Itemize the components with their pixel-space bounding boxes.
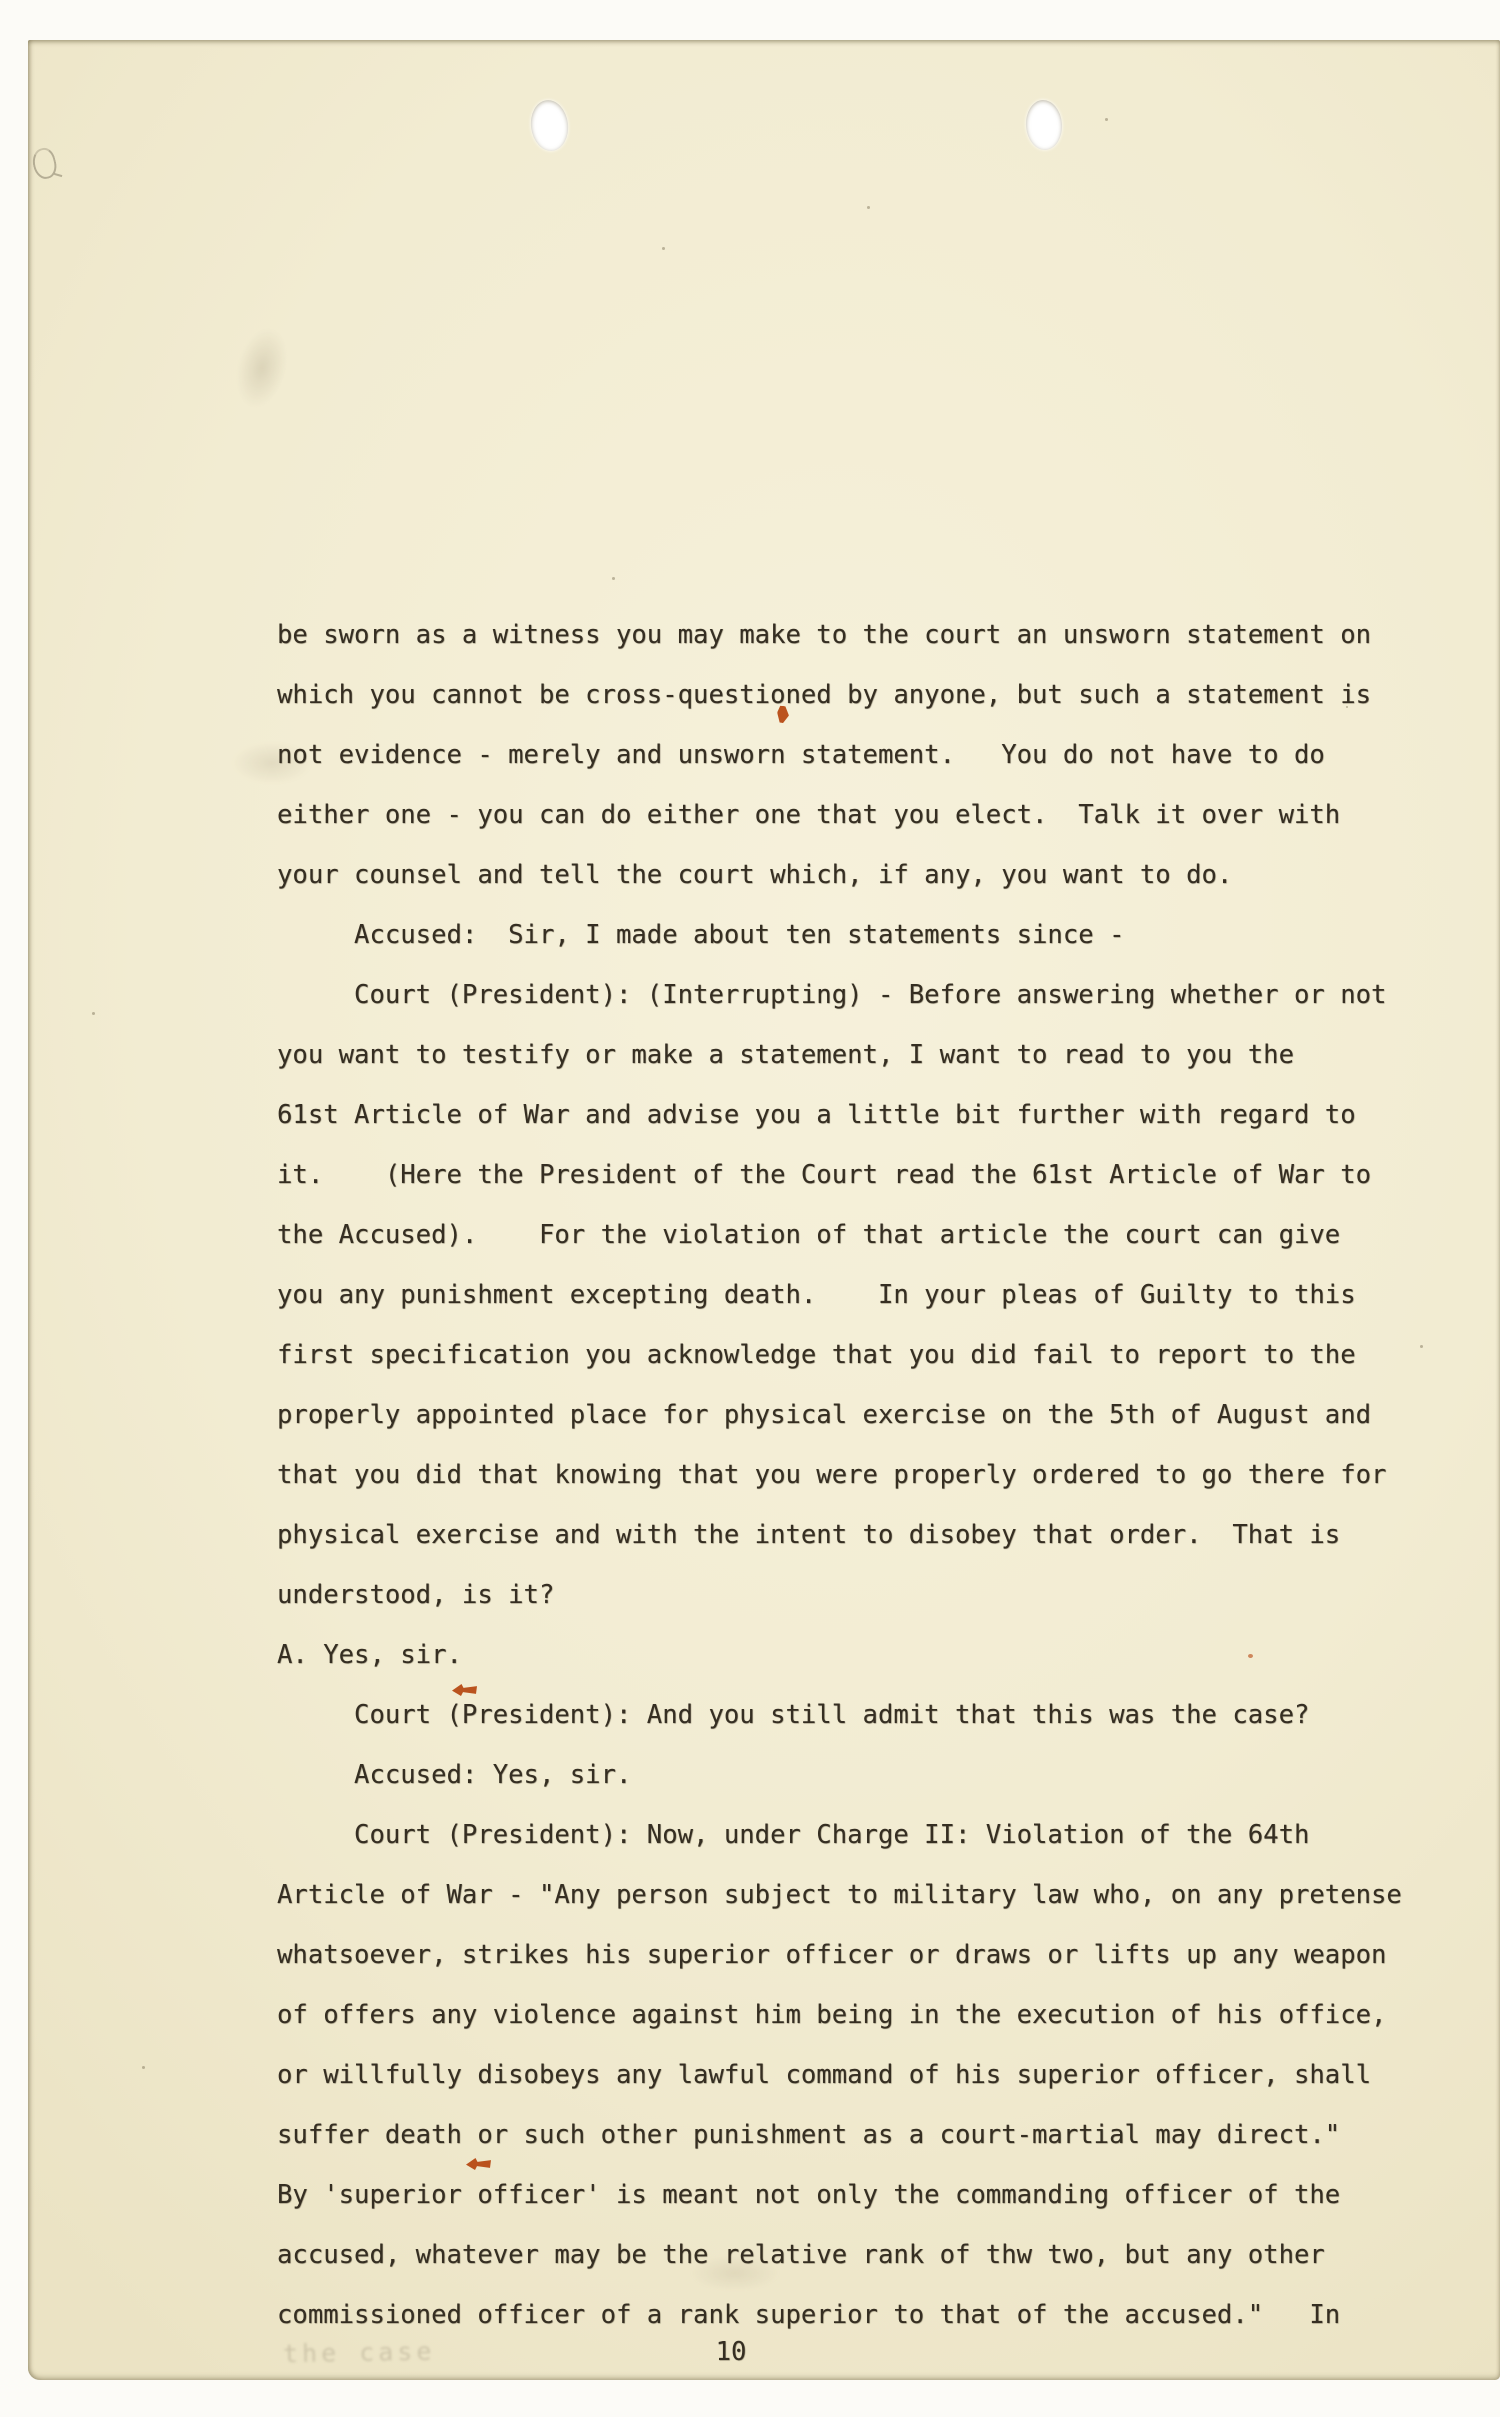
- typewritten-line: Article of War - "Any person subject to …: [277, 1865, 1402, 1925]
- page-number: 10: [695, 2322, 767, 2382]
- dust-speck: [867, 206, 870, 209]
- ghost-impression-text: the case: [283, 2337, 436, 2369]
- typewritten-line: your counsel and tell the court which, i…: [277, 845, 1402, 905]
- red-speck: [1248, 1654, 1253, 1658]
- dust-speck: [1346, 706, 1348, 708]
- dust-speck: [142, 2066, 145, 2069]
- typewritten-line: accused, whatever may be the relative ra…: [277, 2225, 1402, 2285]
- typewritten-line: whatsoever, strikes his superior officer…: [277, 1925, 1402, 1985]
- typewritten-line: which you cannot be cross-questioned by …: [277, 665, 1402, 725]
- typewritten-line: Accused: Yes, sir.: [277, 1745, 1402, 1805]
- typewritten-line: By 'superior officer' is meant not only …: [277, 2165, 1402, 2225]
- typewritten-line: you want to testify or make a statement,…: [277, 1025, 1402, 1085]
- dust-speck: [92, 1012, 95, 1015]
- typewritten-line: not evidence - merely and unsworn statem…: [277, 725, 1402, 785]
- typewritten-line: Court (President): (Interrupting) - Befo…: [277, 965, 1402, 1025]
- typewritten-line: the Accused). For the violation of that …: [277, 1205, 1402, 1265]
- typewritten-line: properly appointed place for physical ex…: [277, 1385, 1402, 1445]
- typewritten-line: 61st Article of War and advise you a lit…: [277, 1085, 1402, 1145]
- typewritten-line: or willfully disobeys any lawful command…: [277, 2045, 1402, 2105]
- typewritten-line: Accused: Sir, I made about ten statement…: [277, 905, 1402, 965]
- typewritten-line: you any punishment excepting death. In y…: [277, 1265, 1402, 1325]
- dust-speck: [662, 247, 665, 250]
- typewritten-line: suffer death or such other punishment as…: [277, 2105, 1402, 2165]
- typewritten-line: of offers any violence against him being…: [277, 1985, 1402, 2045]
- typewritten-line: first specification you acknowledge that…: [277, 1325, 1402, 1385]
- typewritten-line: physical exercise and with the intent to…: [277, 1505, 1402, 1565]
- typewritten-line: commissioned officer of a rank superior …: [277, 2285, 1402, 2345]
- dust-speck: [612, 577, 615, 580]
- typewritten-line: Court (President): And you still admit t…: [277, 1685, 1402, 1745]
- dust-speck: [1105, 118, 1108, 121]
- dust-speck: [1420, 1345, 1423, 1348]
- typewritten-line: understood, is it?: [277, 1565, 1402, 1625]
- typewritten-line: it. (Here the President of the Court rea…: [277, 1145, 1402, 1205]
- typewritten-line: that you did that knowing that you were …: [277, 1445, 1402, 1505]
- typewritten-line: Court (President): Now, under Charge II:…: [277, 1805, 1402, 1865]
- typewritten-text-block: be sworn as a witness you may make to th…: [277, 605, 1402, 2345]
- typewritten-line: either one - you can do either one that …: [277, 785, 1402, 845]
- typewritten-line: be sworn as a witness you may make to th…: [277, 605, 1402, 665]
- typewritten-line: A. Yes, sir.: [277, 1625, 1402, 1685]
